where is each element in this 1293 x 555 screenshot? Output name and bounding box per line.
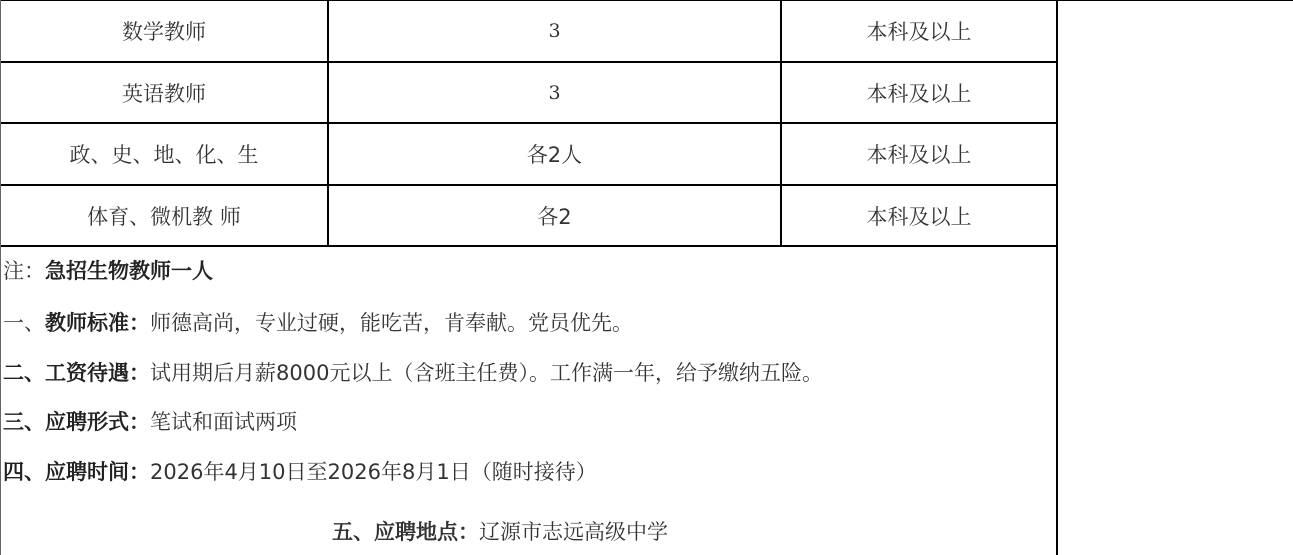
- item-number: 三、: [3, 410, 45, 434]
- item-label: 工资待遇：: [45, 361, 150, 385]
- count-cell: 3: [329, 1, 780, 61]
- education-cell: 本科及以上: [782, 63, 1056, 122]
- count-cell: 各2人: [329, 124, 780, 184]
- item-text: 笔试和面试两项: [150, 410, 297, 434]
- position-cell: 体育、微机教 师: [1, 186, 327, 245]
- item-number: 一、: [3, 311, 45, 335]
- position-cell: 英语教师: [1, 63, 327, 122]
- page-right-top-line: [1057, 0, 1293, 1]
- position-cell: 政、史、地、化、生: [1, 124, 327, 184]
- education-cell: 本科及以上: [782, 1, 1056, 61]
- count-cell: 3: [329, 63, 780, 122]
- item-text: 2026年4月10日至2026年8月1日（随时接待）: [150, 460, 597, 484]
- item-text: 师德高尚，专业过硬，能吃苦，肯奉献。党员优先。: [150, 311, 633, 335]
- application-location: 五、应聘地点：辽源市志远高级中学: [332, 516, 668, 546]
- note-text: 急招生物教师一人: [45, 259, 213, 283]
- count-cell: 各2: [329, 186, 780, 245]
- position-cell: 数学教师: [1, 1, 327, 61]
- location-text: 辽源市志远高级中学: [479, 520, 668, 544]
- note-prefix: 注：: [3, 259, 45, 283]
- item-label: 教师标准：: [45, 311, 150, 335]
- item-label: 应聘时间：: [45, 460, 150, 484]
- table-right-border: [1056, 0, 1058, 555]
- item-label: 应聘形式：: [45, 410, 150, 434]
- education-cell: 本科及以上: [782, 124, 1056, 184]
- salary-benefits: 二、工资待遇：试用期后月薪8000元以上（含班主任费）。工作满一年，给予缴纳五险…: [3, 357, 823, 387]
- item-number: 四、: [3, 460, 45, 484]
- application-time: 四、应聘时间：2026年4月10日至2026年8月1日（随时接待）: [3, 456, 597, 486]
- item-text: 试用期后月薪8000元以上（含班主任费）。工作满一年，给予缴纳五险。: [150, 361, 823, 385]
- table-bottom-border: [0, 245, 1057, 247]
- urgent-note: 注：急招生物教师一人: [3, 255, 213, 285]
- education-cell: 本科及以上: [782, 186, 1056, 245]
- item-number: 二、: [3, 361, 45, 385]
- application-format: 三、应聘形式：笔试和面试两项: [3, 406, 297, 436]
- location-label: 五、应聘地点：: [332, 519, 479, 544]
- teacher-standard: 一、教师标准：师德高尚，专业过硬，能吃苦，肯奉献。党员优先。: [3, 307, 633, 337]
